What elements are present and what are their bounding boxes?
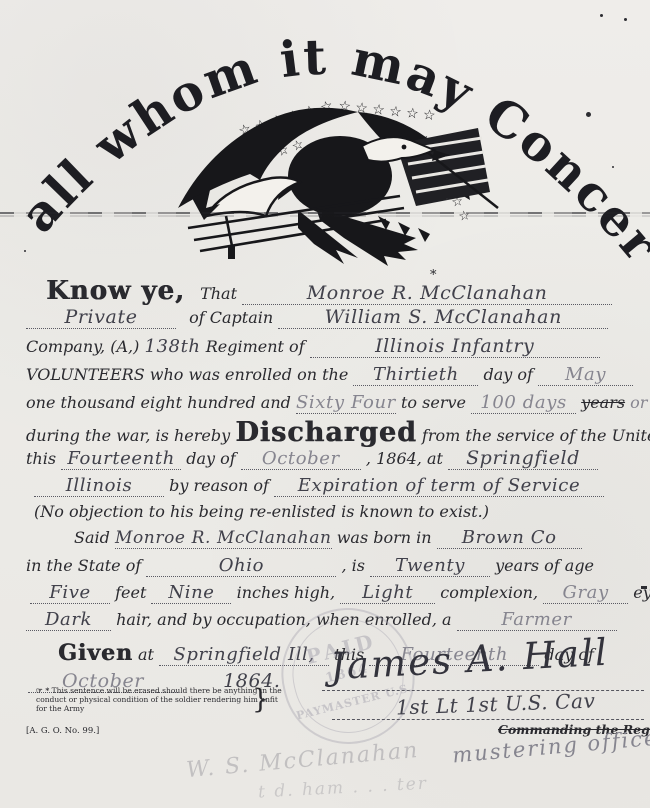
- regiment-name-entry: Illinois Infantry: [310, 335, 600, 358]
- footnote-sentence: This sentence will be erased should ther…: [36, 686, 282, 713]
- this-label: this: [26, 449, 56, 468]
- year-1864-label: , 1864, at: [366, 449, 443, 468]
- rank-line: [332, 719, 644, 720]
- is-label: , is: [341, 556, 365, 575]
- inches-label: inches high,: [237, 583, 336, 602]
- line-company-regiment: Company, (A,) 138th Regiment of Illinois…: [26, 335, 600, 358]
- pencil-note-2: t d. ham . . . ter: [258, 774, 429, 803]
- signature-line: [322, 690, 644, 691]
- discharge-day-entry: Fourteenth: [61, 448, 181, 470]
- fold-crease: [0, 212, 650, 214]
- no-objection-sentence: (No objection to his being re-enlisted i…: [34, 502, 489, 521]
- fold-crease-echo: [0, 215, 650, 217]
- line-description: Five feet Nine inches high, Light comple…: [30, 582, 650, 604]
- regiment-number-entry: 138th: [144, 336, 200, 357]
- said-label: Said: [74, 528, 110, 547]
- footnote-asterisk-mark: *: [430, 268, 437, 283]
- eyes-label: eyes,: [633, 583, 650, 602]
- ago-reference: [A. G. O. No. 99.]: [26, 726, 99, 736]
- given-word: Given: [58, 640, 133, 666]
- line-rank-captain: Private of Captain William S. McClanahan: [26, 306, 608, 329]
- to-serve-label: to serve: [401, 393, 466, 412]
- scan-speck: [586, 112, 591, 117]
- discharge-state-entry: Illinois: [34, 475, 164, 497]
- discharge-certificate-scan: To all whom it may Concern: ☆ ☆ ☆ ☆ ☆ ☆ …: [0, 0, 650, 808]
- captain-name-entry: William S. McClanahan: [278, 306, 608, 329]
- eagle-emblem: ☆ ☆ ☆ ☆ ☆ ☆ ☆ ☆ ☆ ☆ ☆ ☆ ☆ ☆ ☆ ☆ ☆ ☆ ☆ ☆ …: [148, 88, 504, 276]
- regiment-of-label: Regiment of: [206, 337, 305, 356]
- birthplace-entry: Brown Co: [437, 527, 582, 549]
- that-label: That: [200, 284, 237, 303]
- birth-state-entry: Ohio: [146, 555, 336, 577]
- cord-tassel: [228, 246, 235, 259]
- scan-speck: [600, 14, 603, 17]
- reason-entry: Expiration of term of Service: [274, 475, 604, 497]
- footnote-brace: }: [252, 684, 269, 715]
- occupation-entry: Farmer: [457, 609, 617, 631]
- day-of-label2: day of: [186, 449, 235, 468]
- scan-speck: [446, 198, 448, 200]
- line-state-age: in the State of Ohio , is Twenty years o…: [26, 555, 594, 577]
- age-entry: Twenty: [370, 555, 490, 577]
- year-printed-label: one thousand eight hundred and: [26, 393, 291, 412]
- day-of-label: day of: [484, 365, 533, 384]
- from-service-label: from the service of the United States: [422, 426, 650, 445]
- said-name-entry: Monroe R. McClanahan: [115, 528, 332, 549]
- line-born: Said Monroe R. McClanahan was born in Br…: [74, 527, 582, 549]
- scan-speck: [24, 250, 26, 252]
- at-label: at: [138, 645, 154, 664]
- discharge-place-entry: Springfield: [448, 447, 598, 470]
- enroll-day-entry: Thirtieth: [353, 364, 478, 386]
- during-war-label: during the war, is hereby: [26, 426, 230, 445]
- scan-speck: [612, 166, 614, 168]
- scan-speck: [624, 18, 627, 21]
- feet-label: feet: [115, 583, 146, 602]
- company-label: Company, (A,): [26, 337, 139, 356]
- height-inches-entry: Nine: [151, 582, 231, 604]
- year-entry: Sixty Four: [296, 392, 396, 414]
- years-of-age-label: years of age: [495, 556, 594, 575]
- footnote-text: ☞ * This sentence will be erased should …: [36, 686, 286, 713]
- line-no-objection: (No objection to his being re-enlisted i…: [34, 502, 489, 521]
- volunteers-label: VOLUNTEERS who was enrolled on the: [26, 365, 348, 384]
- state-of-label: in the State of: [26, 556, 141, 575]
- eagle-eye: [402, 145, 407, 150]
- know-ye-word: Know ye,: [46, 276, 185, 306]
- years-label-struck: years: [581, 393, 625, 412]
- discharged-word: Discharged: [235, 417, 417, 448]
- of-captain-label: of Captain: [189, 308, 273, 327]
- soldier-name-entry: Monroe R. McClanahan: [242, 282, 612, 305]
- line-discharge-date: this Fourteenth day of October , 1864, a…: [26, 447, 598, 470]
- line-enrolled: VOLUNTEERS who was enrolled on the Thirt…: [26, 364, 633, 386]
- line-reason: Illinois by reason of Expiration of term…: [34, 475, 604, 497]
- line-year-serve: one thousand eight hundred and Sixty Fou…: [26, 392, 647, 414]
- footnote-mark: ☞ *: [36, 686, 49, 695]
- discharge-month-entry: October: [241, 448, 361, 470]
- hair-entry: Dark: [26, 609, 111, 631]
- complexion-label: complexion,: [440, 583, 538, 602]
- serve-term-entry: 100 days: [471, 392, 576, 414]
- line-know-ye: Know ye, That * Monroe R. McClanahan: [46, 276, 612, 306]
- born-in-label: was born in: [337, 528, 432, 547]
- rank-entry: Private: [26, 306, 176, 329]
- by-reason-label: by reason of: [169, 476, 269, 495]
- height-feet-entry: Five: [30, 582, 110, 604]
- eyes-entry: Gray: [543, 582, 628, 604]
- complexion-entry: Light: [340, 582, 435, 604]
- signer-rank: 1st Lt 1st U.S. Cav: [396, 689, 596, 720]
- line-discharged: during the war, is hereby Discharged fro…: [26, 417, 650, 448]
- or-label: or: [630, 393, 647, 412]
- enroll-month-entry: May: [538, 364, 633, 386]
